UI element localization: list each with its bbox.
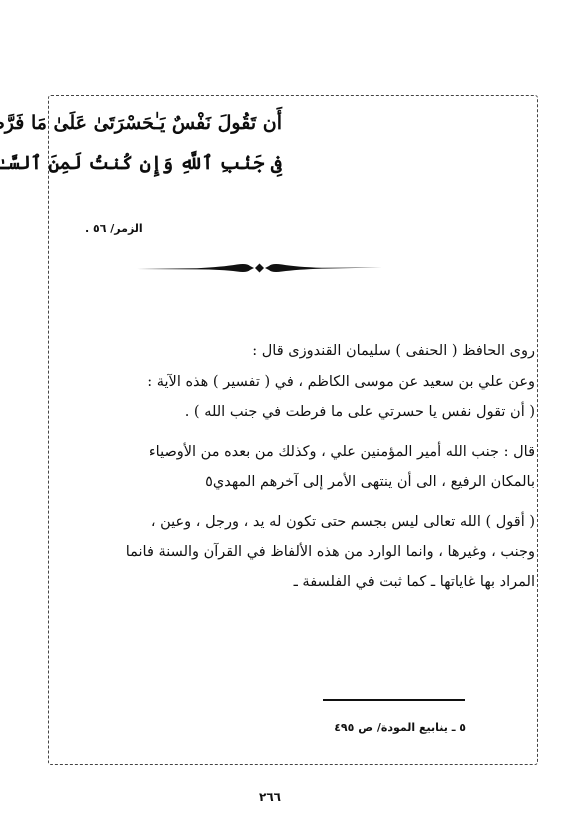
body-line-4: قال : جنب الله أمير المؤمنين علي ، وكذلك…: [149, 444, 535, 460]
quran-verse-line-1: أَن تَقُولَ نَفْسٌ يَـٰحَسْرَتَىٰ عَلَىٰ…: [62, 112, 282, 134]
body-line-2: وعن علي بن سعيد عن موسى الكاظم ، في ( تف…: [147, 374, 535, 390]
body-line-5: بالمكان الرفيع ، الى أن ينتهى الأمر إلى …: [205, 474, 535, 490]
divider-ornament-icon: [137, 260, 383, 276]
body-line-3: ( أن تقول نفس يا حسرتي على ما فرطت في جن…: [185, 404, 535, 420]
page-number: ٢٦٦: [250, 790, 290, 804]
footnote-text: ٥ ـ ينابيع المودة/ ص ٤٩٥: [320, 721, 466, 734]
body-line-7: وجنب ، وغيرها ، وانما الوارد من هذه الأل…: [126, 544, 535, 560]
body-line-1: روى الحافظ ( الحنفى ) سليمان القندوزى قا…: [252, 343, 535, 359]
body-line-8: المراد بها غاياتها ـ كما ثبت في الفلسفة …: [294, 574, 535, 590]
footnote-separator: [323, 699, 465, 701]
quran-verse-line-2: فِى جَنۢبِ ٱللَّهِ وَإِن كُنتُ لَمِنَ ٱل…: [62, 152, 282, 174]
body-line-6: ( أقول ) الله تعالى ليس بجسم حتى تكون له…: [151, 514, 535, 530]
verse-reference: الزمر/ ٥٦ .: [85, 222, 143, 235]
page-border-frame: [48, 95, 538, 765]
